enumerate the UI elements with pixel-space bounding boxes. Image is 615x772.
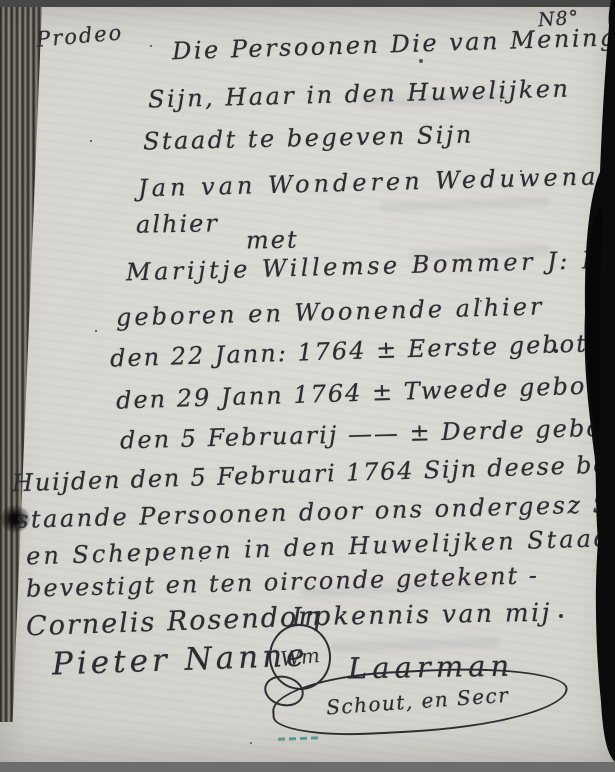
- paper-specks: [0, 0, 2, 2]
- page-right-dark-edge: [0, 0, 615, 772]
- scanned-marriage-record: Prodeo N8° Die Persoonen Die van Meninge…: [0, 0, 615, 772]
- photo-bottom-strip: [0, 762, 615, 772]
